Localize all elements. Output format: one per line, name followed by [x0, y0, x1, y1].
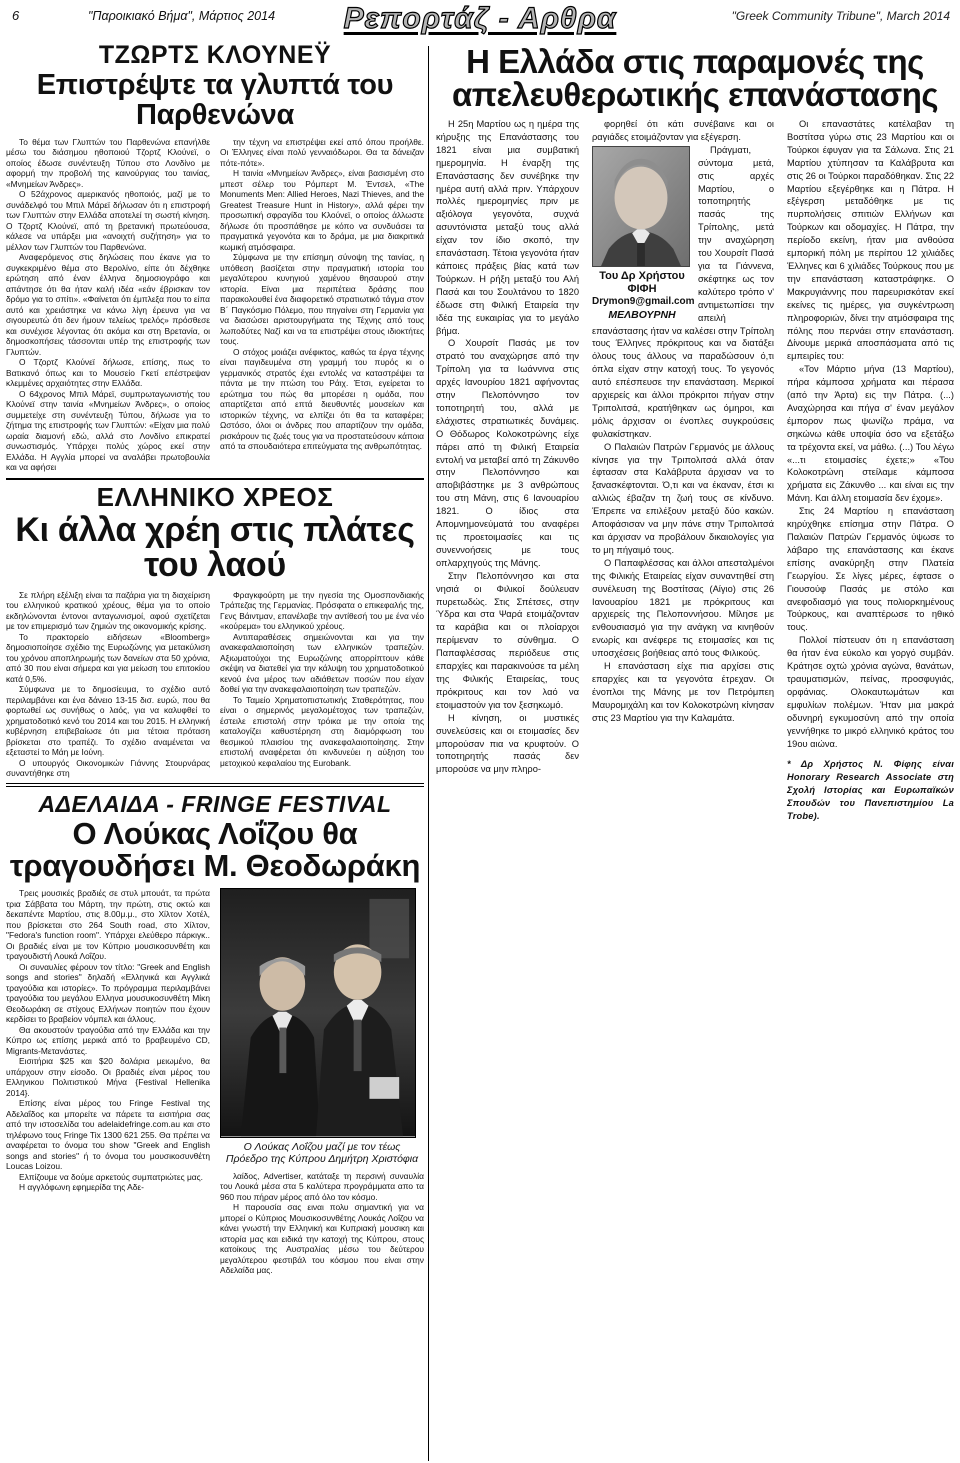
article-headline: Ο Λούκας Λοΐζου θα τραγουδήσει Μ. Θεοδωρ… — [6, 818, 424, 882]
paragraph: Η παρουσία σας ειναι πολυ σημαντική για … — [220, 1202, 424, 1276]
paragraph: Θα ακουστούν τραγούδια από την Ελλάδα κα… — [6, 1025, 210, 1057]
article-greek-debt: ΕΛΛΗΝΙΚΟ ΧΡΕΟΣ Κι άλλα χρέη στις πλάτες … — [6, 484, 424, 779]
page-body: ΤΖΩΡΤΣ ΚΛΟΥΝΕΫ Επιστρέψτε τα γλυπτά του … — [0, 42, 960, 1463]
paragraph: Το πρακτορείο ειδήσεων «Bloomberg» δημοσ… — [6, 632, 210, 685]
article-text-column: Σε πλήρη εξέλιξη είναι τα παζάρια για τη… — [6, 590, 210, 779]
loizou-christofias-photo — [220, 888, 416, 1137]
paragraph: Σύμφωνα με το δημοσίευμα, το σχέδιο αυτό… — [6, 684, 210, 758]
paragraph: Η αγγλόφωνη εφημερίδα της Αδε- — [6, 1182, 210, 1193]
paragraph: Επίσης είναι μέρος του Fringe Festival τ… — [6, 1098, 210, 1172]
paragraph: Πολλοί πίστευαν ότι η επανάσταση θα ήταν… — [787, 634, 954, 750]
paragraph: Το θέμα των Γλυπτών του Παρθενώνα επανήλ… — [6, 137, 210, 190]
paragraph: λαίδος, Advertiser, κατάταξε τη περσινή … — [220, 1171, 424, 1203]
article-text-column: Τρεις μουσικές βραδιές σε στυλ μπουάτ, τ… — [6, 888, 210, 1276]
headline-line1: Η Ελλάδα στις παραμονές της — [466, 43, 924, 80]
paragraph: Οι επαναστάτες κατέλαβαν τη Βοστίτσα γύρ… — [787, 118, 954, 363]
paragraph: Φραγκφούρτη με την ηγεσία της Ομοσπονδια… — [220, 590, 424, 632]
paragraph: Η κίνηση, οι μυστικές συνελεύσεις και οι… — [436, 712, 579, 777]
section-divider-double — [6, 783, 424, 787]
article-headline: Επιστρέψτε τα γλυπτά του Παρθενώνα — [6, 70, 424, 130]
article-text-column: Φραγκφούρτη με την ηγεσία της Ομοσπονδια… — [220, 590, 424, 779]
paragraph: Τρεις μουσικές βραδιές σε στυλ μπουάτ, τ… — [6, 888, 210, 962]
author-signature: * Δρ Χρήστος Ν. Φίφης είναι Honorary Res… — [787, 758, 954, 823]
author-city: ΜΕΛΒΟΥΡΝΗ — [592, 309, 692, 322]
article-text-column: Το θέμα των Γλυπτών του Παρθενώνα επανήλ… — [6, 137, 210, 473]
author-portrait-photo — [592, 146, 690, 268]
paragraph: Η 25η Μαρτίου ως η ημέρα της κήρυξης της… — [436, 118, 579, 337]
paragraph: Ο Τζορτζ Κλούνεϊ δήλωσε, επίσης, πως το … — [6, 357, 210, 389]
newspaper-page: 6 "Παροικιακό Βήμα", Μάρτιος 2014 Ρεπορτ… — [0, 0, 960, 1463]
paragraph: Η ταινία «Μνημείων Άνδρες», είναι βασισμ… — [220, 168, 424, 252]
edition-left-credit: "Παροικιακό Βήμα", Μάρτιος 2014 — [88, 9, 275, 23]
paragraph: Ελπίζουμε να δούμε αρκετούς συμπατριώτες… — [6, 1172, 210, 1183]
vertical-rule — [428, 46, 429, 1461]
paragraph: Το Ταμείο Χρηματοπιστωτικής Σταθερότητας… — [220, 695, 424, 769]
paragraph: Ο 52άχρονος αμερικανός ηθοποιός, μαζί με… — [6, 189, 210, 252]
paragraph: Αντιπαραθέσεις σημειώνονται και για την … — [220, 632, 424, 695]
article-text: Οι επαναστάτες κατέλαβαν τη Βοστίτσα γύρ… — [787, 118, 954, 750]
article-clooney: ΤΖΩΡΤΣ ΚΛΟΥΝΕΫ Επιστρέψτε τα γλυπτά του … — [6, 42, 424, 473]
paragraph: Σε πλήρη εξέλιξη είναι τα παζάρια για τη… — [6, 590, 210, 632]
author-name: Του Δρ Χρήστου ΦΙΦΗ — [592, 270, 692, 295]
headline-line2: τραγουδήσει Μ. Θεοδωράκη — [10, 848, 420, 883]
article-text-column: φορηθεί ότι κάτι συνέβαινε και οι ραγιάδ… — [592, 118, 774, 1463]
paragraph: Ο στόχος μοιάζει ανέφικτος, καθώς τα έργ… — [220, 347, 424, 452]
fringe-photo-figure: Ο Λούκας Λοΐζου μαζί με τον τέως Πρόεδρο… — [220, 888, 424, 1165]
photo-caption: Ο Λούκας Λοΐζου μαζί με τον τέως Πρόεδρο… — [222, 1141, 422, 1165]
article-text-after-photo: λαίδος, Advertiser, κατάταξε τη περσινή … — [220, 1171, 424, 1276]
article-text-column: Η 25η Μαρτίου ως η ημέρα της κήρυξης της… — [436, 118, 579, 1463]
left-column-region: ΤΖΩΡΤΣ ΚΛΟΥΝΕΫ Επιστρέψτε τα γλυπτά του … — [6, 42, 424, 1276]
author-email: Drymon9@gmail.com — [592, 296, 692, 309]
article-kicker: ΑΔΕΛΑΙΔΑ - FRINGE FESTIVAL — [6, 792, 424, 816]
article-revolution: Η Ελλάδα στις παραμονές της απελευθερωτι… — [436, 42, 954, 1463]
section-masthead: Ρεπορτάζ - Αρθρα — [344, 2, 617, 36]
paragraph: Ο Παπαφλέσσας και άλλοι απεσταλμένοι της… — [592, 557, 774, 660]
paragraph: Σύμφωνα με την επίσημη σύνοψη της ταινία… — [220, 252, 424, 347]
page-header: 6 "Παροικιακό Βήμα", Μάρτιος 2014 Ρεπορτ… — [0, 0, 960, 42]
article-text-column: Ο Λούκας Λοΐζου μαζί με τον τέως Πρόεδρο… — [220, 888, 424, 1276]
edition-right-credit: "Greek Community Tribune", March 2014 — [732, 9, 950, 23]
headline-line1: Ο Λούκας Λοΐζου θα — [73, 816, 358, 851]
article-kicker: ΤΖΩΡΤΣ ΚΛΟΥΝΕΫ — [6, 42, 424, 68]
paragraph: Ο Χουρσίτ Πασάς με τον στρατό του αναχώρ… — [436, 337, 579, 569]
paragraph: Ο υπουργός Οικονομικών Γιάννης Στουρνάρα… — [6, 758, 210, 779]
headline-line2: απελευθερωτικής επανάστασης — [452, 76, 938, 113]
paragraph: Ο Παλαιών Πατρών Γερμανός με άλλους κίνη… — [592, 441, 774, 557]
article-columns: Η 25η Μαρτίου ως η ημέρα της κήρυξης της… — [436, 118, 954, 1463]
article-text-column: την τέχνη να επιστρέψει εκεί από όπου πρ… — [220, 137, 424, 473]
paragraph: φορηθεί ότι κάτι συνέβαινε και οι ραγιάδ… — [592, 118, 774, 144]
author-byline: Του Δρ Χρήστου ΦΙΦΗ Drymon9@gmail.com ΜΕ… — [592, 270, 692, 321]
article-fringe-festival: ΑΔΕΛΑΙΔΑ - FRINGE FESTIVAL Ο Λούκας Λοΐζ… — [6, 792, 424, 1276]
article-kicker: ΕΛΛΗΝΙΚΟ ΧΡΕΟΣ — [6, 484, 424, 511]
paragraph: Εισιτήρια $25 και $20 δολάρια μειωμένο, … — [6, 1056, 210, 1098]
paragraph: Αναφερόμενος στις δηλώσεις που έκανε για… — [6, 252, 210, 357]
article-headline: Κι άλλα χρέη στις πλάτες του λαού — [6, 513, 424, 584]
paragraph: Στις 24 Μαρτίου η επανάσταση κηρύχθηκε ε… — [787, 505, 954, 634]
article-headline: Η Ελλάδα στις παραμονές της απελευθερωτι… — [436, 45, 954, 111]
paragraph: Η επανάσταση είχε πια αρχίσει στις επαρχ… — [592, 660, 774, 725]
paragraph: Ο 64χρονος Μπιλ Μάρεϊ, συμπρωταγωνιστής … — [6, 389, 210, 473]
author-figure: Του Δρ Χρήστου ΦΙΦΗ Drymon9@gmail.com ΜΕ… — [592, 146, 692, 322]
paragraph: Οι συναυλίες φέρουν τον τίτλο: "Greek an… — [6, 962, 210, 1025]
page-number: 6 — [12, 8, 19, 23]
paragraph: την τέχνη να επιστρέψει εκεί από όπου πρ… — [220, 137, 424, 169]
paragraph: Στην Πελοπόννησο και στα νησιά οι Φιλικο… — [436, 570, 579, 712]
section-divider — [6, 478, 424, 480]
article-text-column: Οι επαναστάτες κατέλαβαν τη Βοστίτσα γύρ… — [787, 118, 954, 1463]
paragraph: «Τον Μάρτιο μήνα (13 Μαρτίου), πήρα κάμπ… — [787, 363, 954, 505]
